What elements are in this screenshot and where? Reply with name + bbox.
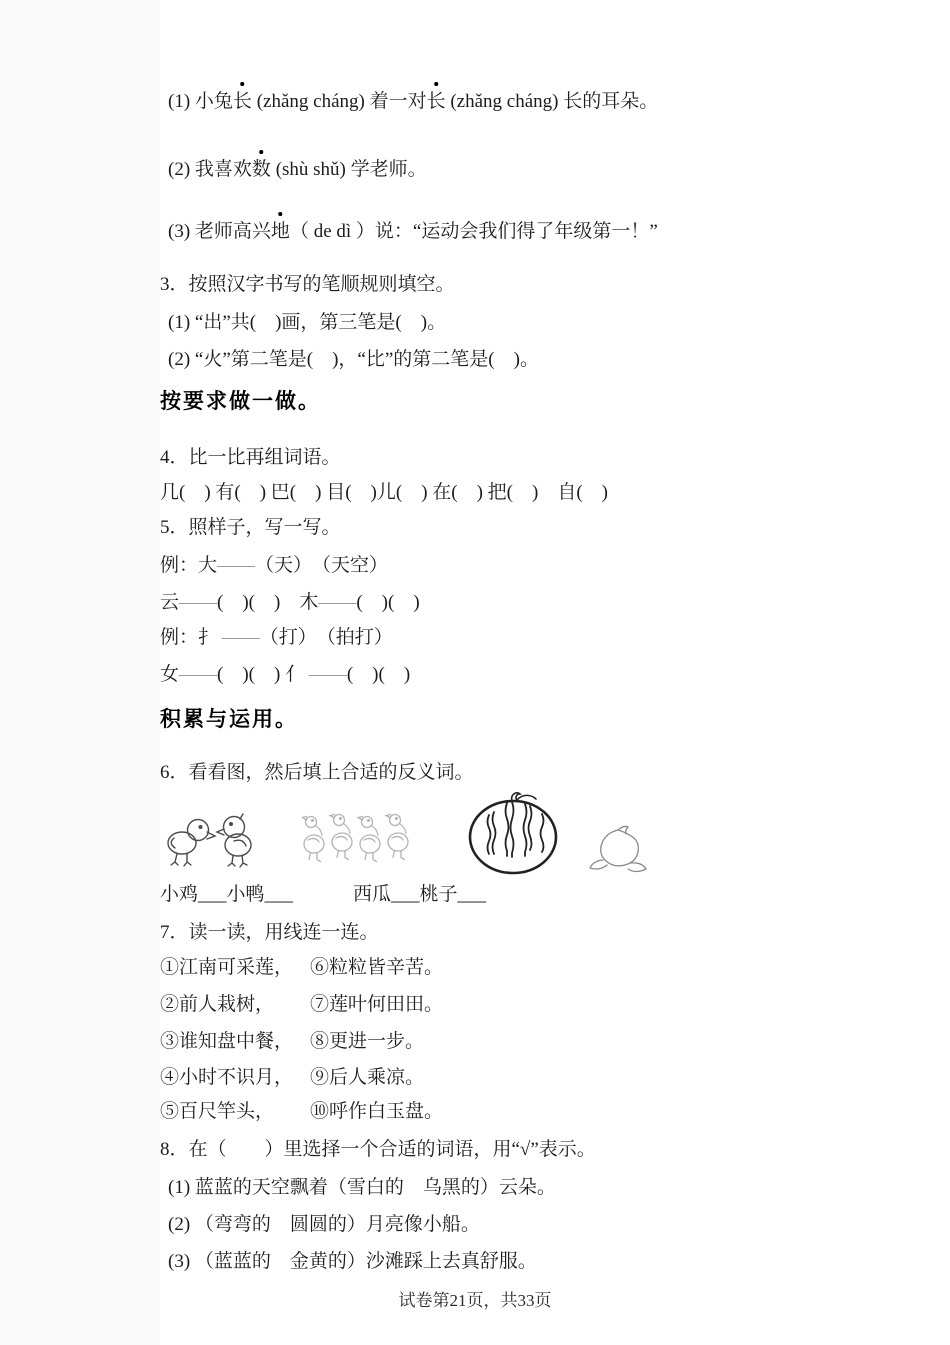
q6-answer-right: 西瓜___桃子___ (353, 884, 486, 905)
exam-content: (1) 小兔长 (zhǎng cháng) 着一对长 (zhǎng cháng)… (0, 0, 950, 1272)
section-heading-b: 积累与运用。 (160, 709, 890, 731)
q7-row-4: ④小时不识月，⑨后人乘凉。 (160, 1068, 890, 1088)
q7-row-2: ②前人栽树，⑦莲叶何田田。 (160, 995, 890, 1015)
q6-answer-left: 小鸡___小鸭___ (160, 884, 293, 905)
dotted-char: 数 (252, 160, 271, 180)
watermelon-image (466, 787, 561, 875)
ducks-image (302, 809, 414, 875)
q4-title: 4．比一比再组词语。 (160, 448, 890, 468)
q5-row-2: 女——( )( ) 亻 ——( )( ) (160, 665, 890, 685)
emphasis-dot-icon (279, 212, 283, 216)
q8-title: 8．在（ ）里选择一个合适的词语，用“√”表示。 (160, 1140, 890, 1160)
q2-item-1: (1) 小兔长 (zhǎng cháng) 着一对长 (zhǎng cháng)… (160, 92, 890, 112)
chicks-image (165, 799, 260, 875)
fill-dash: —— (318, 592, 356, 613)
exam-page: (1) 小兔长 (zhǎng cháng) 着一对长 (zhǎng cháng)… (0, 0, 950, 1345)
q7-row-5: ⑤百尺竿头，⑩呼作白玉盘。 (160, 1102, 890, 1122)
item-number: (2) (168, 159, 195, 180)
fill-dash: —— (179, 664, 217, 685)
q4-word-row: 几( ) 有( ) 巴( ) 目( )儿( ) 在( ) 把( ) 自( ) (160, 483, 890, 503)
q5-title: 5．照样子，写一写。 (160, 518, 890, 538)
emphasis-dot-icon (434, 82, 438, 86)
section-heading-a: 按要求做一做。 (160, 391, 890, 413)
q6-answer-row: 小鸡___小鸭___西瓜___桃子___ (160, 885, 890, 905)
q7-row-1: ①江南可采莲，⑥粒粒皆辛苦。 (160, 958, 890, 978)
example-dash: —— (217, 555, 255, 576)
fill-dash: —— (309, 664, 347, 685)
q3-item-2: (2) “火”第二笔是( )，“比”的第二笔是( )。 (160, 350, 890, 370)
q8-item-2: (2) （弯弯的 圆圆的）月亮像小船。 (160, 1215, 890, 1235)
example-dash: —— (222, 627, 260, 648)
dotted-char: 长 (427, 92, 446, 112)
q3-title: 3．按照汉字书写的笔顺规则填空。 (160, 275, 890, 295)
dotted-char: 长 (233, 92, 252, 112)
q5-row-1: 云——( )( ) 木——( )( ) (160, 593, 890, 613)
q6-title: 6．看看图，然后填上合适的反义词。 (160, 763, 890, 783)
q6-picture-row (160, 793, 890, 875)
q7-row-3: ③谁知盘中餐，⑧更进一步。 (160, 1032, 890, 1052)
item-number: (1) (168, 91, 195, 112)
q2-item-2: (2) 我喜欢数 (shù shǔ) 学老师。 (160, 160, 890, 180)
fill-dash: —— (179, 592, 217, 613)
emphasis-dot-icon (241, 82, 245, 86)
q5-example-1: 例：大——（天） （天空） (160, 556, 890, 576)
q2-item-3: (3) 老师高兴地（ de dì ）说：“运动会我们得了年级第一！” (160, 222, 890, 242)
q7-title: 7．读一读，用线连一连。 (160, 923, 890, 943)
emphasis-dot-icon (260, 150, 264, 154)
q8-item-1: (1) 蓝蓝的天空飘着（雪白的 乌黑的）云朵。 (160, 1178, 890, 1198)
peach-image (587, 823, 651, 875)
dotted-char: 地 (271, 222, 290, 242)
q3-item-1: (1) “出”共( )画，第三笔是( )。 (160, 313, 890, 333)
q8-item-3: (3) （蓝蓝的 金黄的）沙滩踩上去真舒服。 (160, 1252, 890, 1272)
q5-example-2: 例：扌 ——（打） （拍打） (160, 628, 890, 648)
item-number: (3) (168, 221, 195, 242)
page-footer: 试卷第21页，共33页 (0, 1286, 950, 1311)
